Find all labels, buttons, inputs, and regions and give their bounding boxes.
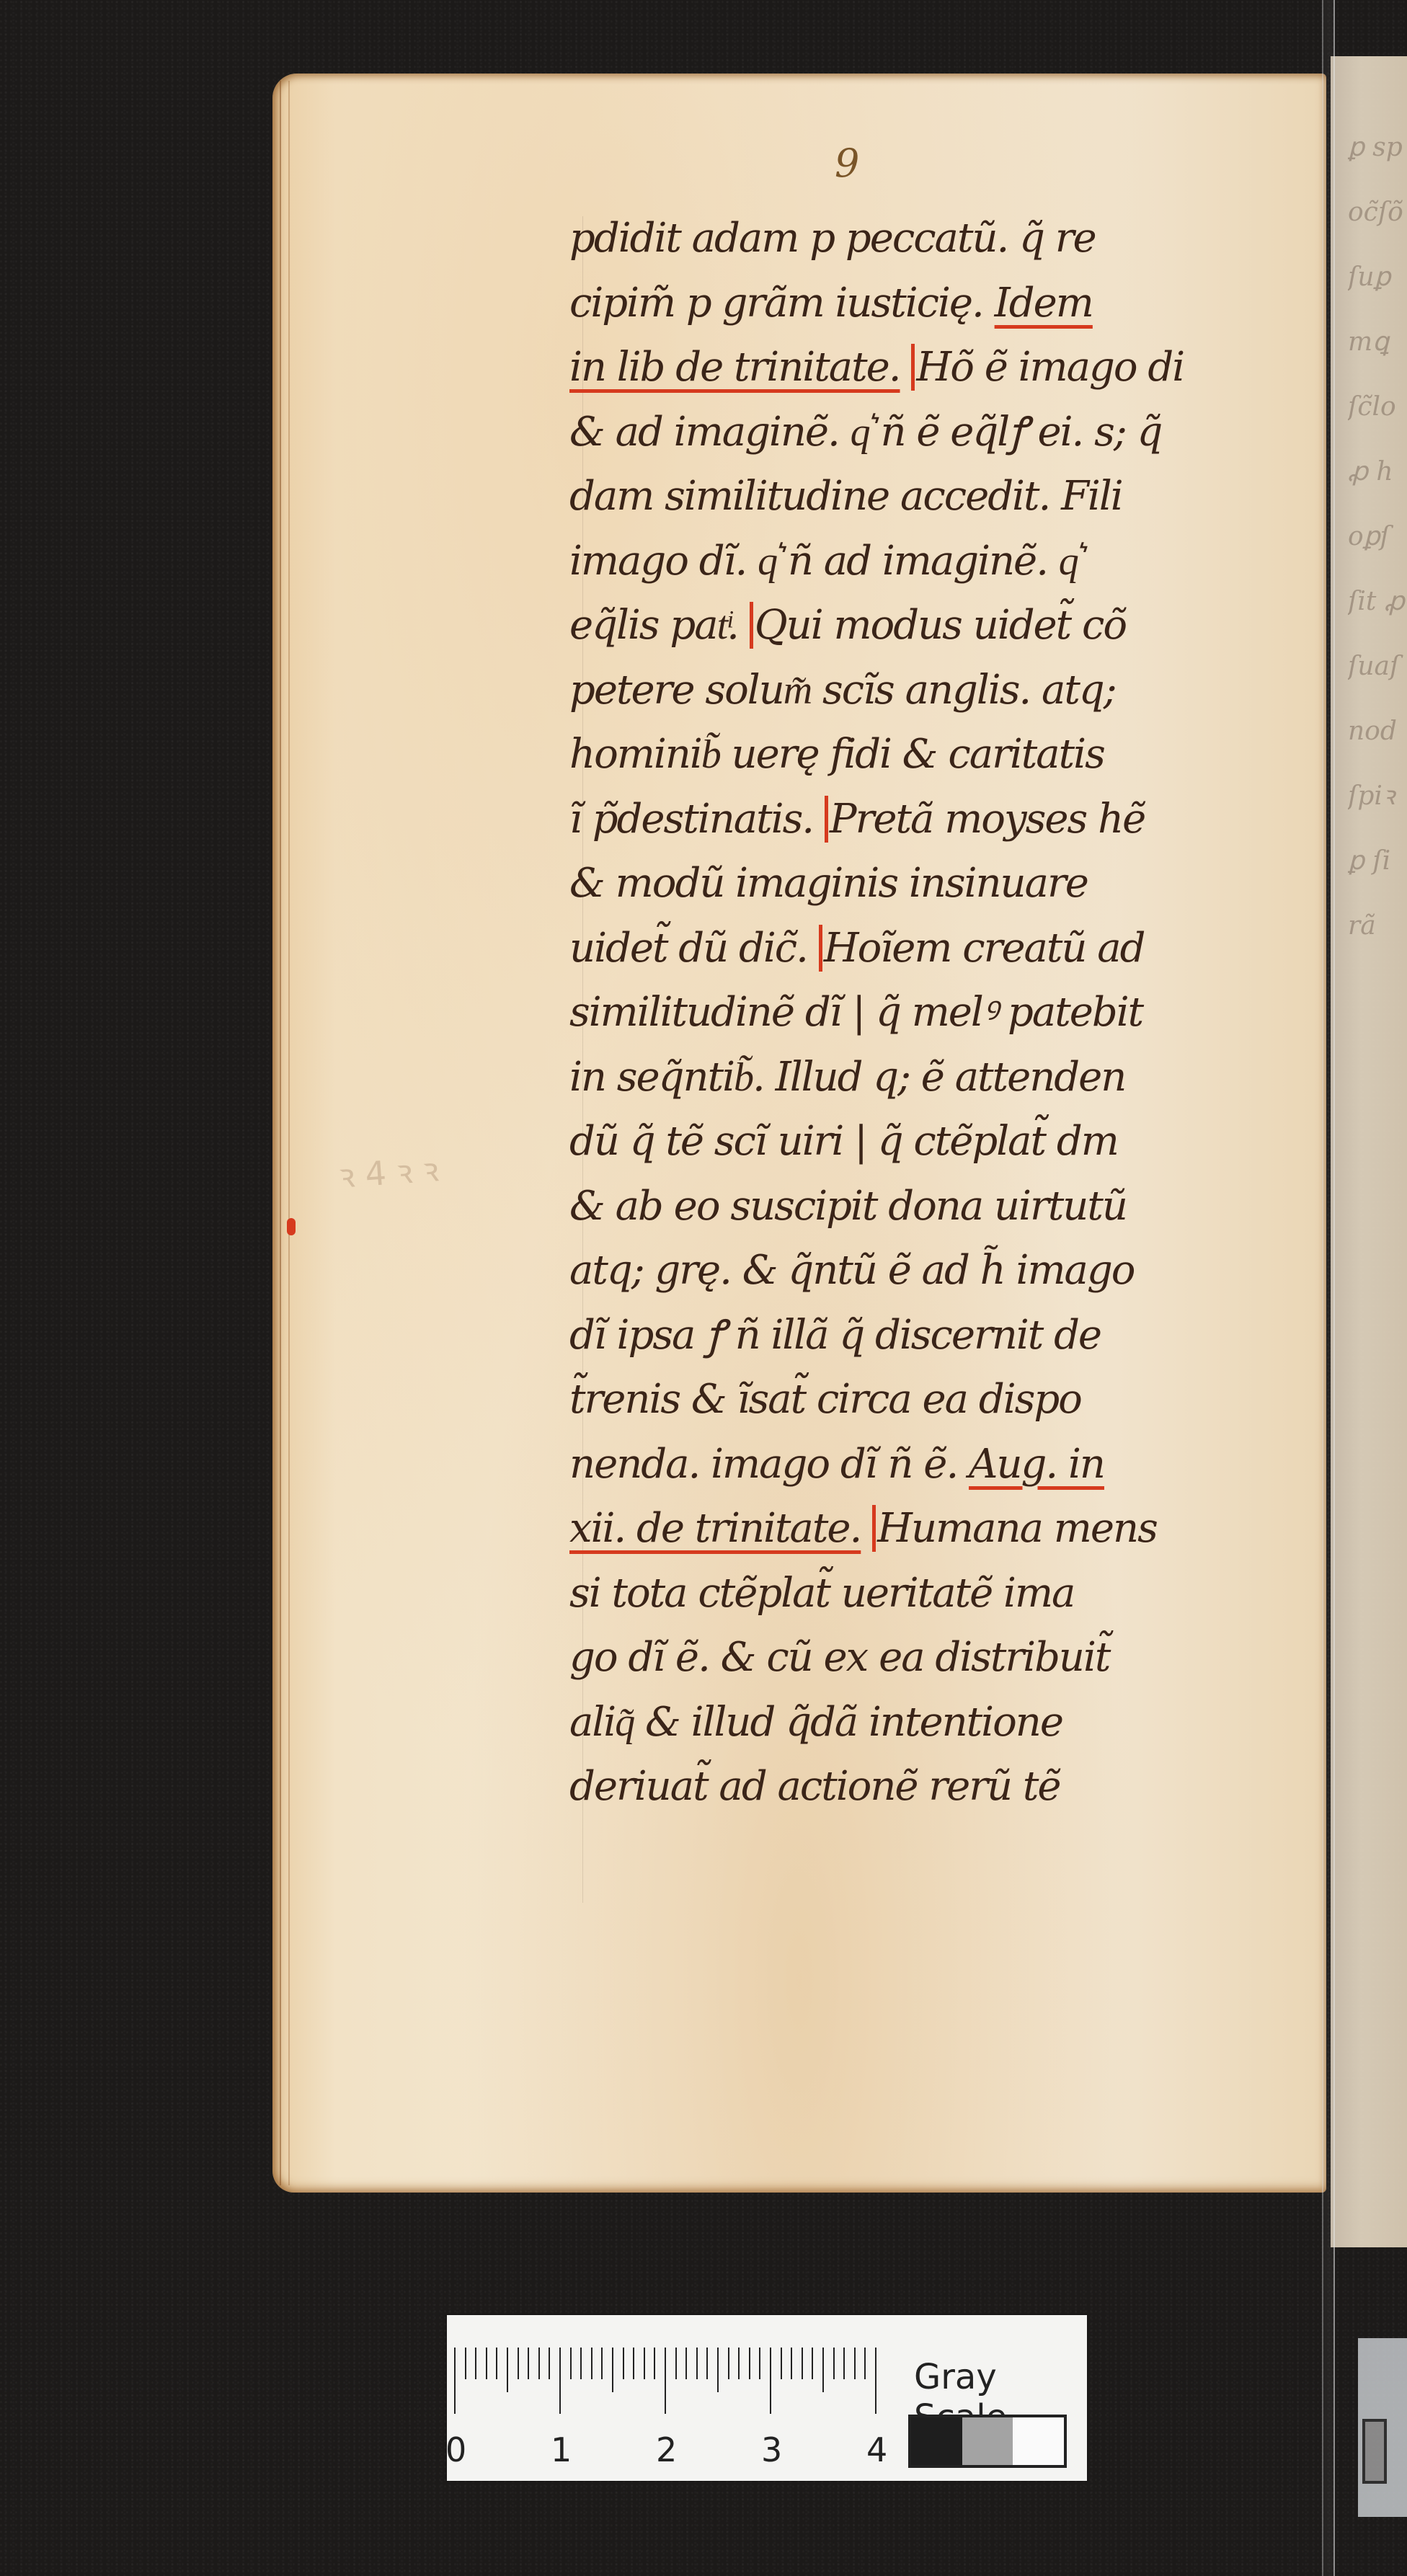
ruler-tick [654, 2348, 655, 2379]
ruler-tick [570, 2348, 572, 2379]
ruler-tick [802, 2348, 803, 2379]
ruler-tick [696, 2348, 698, 2379]
ruler-tick [507, 2348, 508, 2392]
ruler-tick [717, 2348, 719, 2392]
line-text: go dĩ ẽ. & cũ ex ea distribuit̃ [569, 1634, 1109, 1681]
line-text: aliq͂ & illud q̃dã intentione [569, 1699, 1062, 1746]
rubricated-initial: Q [750, 602, 786, 649]
ruler-ticks: 01234 [454, 2348, 894, 2427]
ruler-tick [749, 2348, 750, 2379]
text-block: pdidit adam p peccatũ. q̃ recipim̃ p grã… [569, 206, 1297, 1819]
line-text: similitudinẽ dĩ | q̃ melꝰ patebit [569, 989, 1142, 1036]
gray-scale-swatches [908, 2415, 1067, 2468]
manuscript-line: xii. de trinitate. Humana mens [569, 1496, 1297, 1561]
ruler-tick [486, 2348, 487, 2379]
manuscript-line: go dĩ ẽ. & cũ ex ea distribuit̃ [569, 1625, 1297, 1690]
line-text: nenda. imago dĩ ñ ẽ. [569, 1441, 969, 1488]
rubric-title: xii. de trinitate. [569, 1505, 861, 1552]
rubricated-initial: H [872, 1505, 911, 1552]
manuscript-line: eq̃lis patͥ. Qui modus uidet̃ cõ [569, 593, 1297, 658]
line-text: dũ q̃ tẽ scĩ uiri | q̃ ctẽplat̃ dm [569, 1118, 1118, 1165]
manuscript-line: & modũ imaginis insinuare [569, 851, 1297, 916]
rubric-mark [287, 1218, 296, 1235]
ruler-tick [475, 2348, 476, 2379]
line-text: hominib͂ uerę fidi & caritatis [569, 731, 1104, 778]
rubricated-initial: P [825, 796, 856, 843]
manuscript-line: dũ q̃ tẽ scĩ uiri | q̃ ctẽplat̃ dm [569, 1109, 1297, 1174]
ruler-tick [549, 2348, 550, 2379]
ruler-tick [528, 2348, 529, 2379]
line-text: dĩ ipsa ꝭ ñ illã q̃ discernit de [569, 1312, 1101, 1359]
manuscript-line: cipim̃ p grãm iusticię. Idem [569, 271, 1297, 336]
ruler-tick [875, 2348, 876, 2414]
ruler-tick [465, 2348, 466, 2379]
line-text: oĩem creatũ ad [858, 925, 1145, 972]
ruler-number: 0 [445, 2430, 466, 2469]
ruler-tick [591, 2348, 592, 2379]
ruler-tick [644, 2348, 645, 2379]
scale-bar: 01234 Gray Scale [447, 2315, 1087, 2481]
ruler-tick [623, 2348, 624, 2379]
manuscript-line: & ad imaginẽ. q͛ ñ ẽ eq̃lꝭ ei. s; q̃ [569, 400, 1297, 465]
line-text: ui modus uidet̃ cõ [786, 602, 1126, 649]
ruler-tick [864, 2348, 866, 2379]
manuscript-line: deriuat̃ ad actionẽ rerũ tẽ [569, 1754, 1297, 1819]
rubric-title: Idem [995, 280, 1093, 327]
manuscript-line: hominib͂ uerę fidi & caritatis [569, 722, 1297, 787]
pencil-margin-note: ꝛ 4 ꝛ ꝛ [337, 1146, 440, 1198]
ruler-number: 4 [866, 2430, 887, 2469]
ruler-tick [454, 2348, 456, 2414]
line-text: pdidit adam p peccatũ. q̃ re [569, 215, 1096, 262]
folio-number: 9 [835, 141, 859, 186]
manuscript-line: atq; grę. & q̃ntũ ẽ ad h̃ imago [569, 1238, 1297, 1303]
line-text: uidet̃ dũ dic̃. [569, 925, 819, 972]
line-text: si tota ctẽplat̃ ueritatẽ ima [569, 1570, 1074, 1617]
ruler-tick [601, 2348, 603, 2379]
ruler-tick [738, 2348, 740, 2379]
line-text: ĩ p̃destinatis. [569, 796, 825, 843]
ruler-tick [759, 2348, 760, 2379]
next-leaf-text: ꝑ spoc̃ſõ ſuꝑ mꝗ ſc̃lo ꝓ hoꝑſ ſit ꝓ ſuaſ… [1348, 115, 1406, 1845]
rubric-title: in lib de trinitate. [569, 344, 900, 391]
line-text: imago dĩ. q͛ ñ ad imaginẽ. q͛ [569, 538, 1078, 585]
ruler-tick [791, 2348, 792, 2379]
ruler-tick [822, 2348, 824, 2392]
rubric-title: Aug. in [969, 1441, 1104, 1488]
manuscript-line: dam similitudine accedit. Fili [569, 464, 1297, 529]
rubricated-initial: H [911, 344, 950, 391]
leaf-binding-edge [280, 81, 290, 2185]
line-text: eq̃lis patͥ. [569, 602, 750, 649]
ruler-tick [854, 2348, 856, 2379]
ruler-tick [612, 2348, 613, 2392]
line-text: cipim̃ p grãm iusticię. [569, 280, 995, 327]
line-text: & modũ imaginis insinuare [569, 860, 1088, 907]
manuscript-line: nenda. imago dĩ ñ ẽ. Aug. in [569, 1432, 1297, 1497]
ruler-number: 3 [761, 2430, 782, 2469]
ruler-tick [675, 2348, 677, 2379]
manuscript-line: aliq͂ & illud q̃dã intentione [569, 1690, 1297, 1755]
glass-plate-edge [1322, 0, 1335, 2576]
ruler-tick [496, 2348, 497, 2379]
line-text: umana mens [911, 1505, 1157, 1552]
manuscript-line: in lib de trinitate. Hõ ẽ imago di [569, 335, 1297, 400]
secondary-scale-card [1358, 2338, 1407, 2517]
line-text: & ab eo suscipit dona uirtutũ [569, 1183, 1127, 1230]
line-text: in seq̃ntib͂. Illud q; ẽ attenden [569, 1054, 1125, 1101]
ruler-tick [685, 2348, 687, 2379]
manuscript-line: pdidit adam p peccatũ. q̃ re [569, 206, 1297, 271]
manuscript-line: in seq̃ntib͂. Illud q; ẽ attenden [569, 1045, 1297, 1110]
ruler-tick [833, 2348, 835, 2379]
manuscript-line: ĩ p̃destinatis. Pretã moyses hẽ [569, 787, 1297, 852]
rubricated-initial: H [819, 925, 858, 972]
gray-swatch [911, 2417, 962, 2465]
line-text: deriuat̃ ad actionẽ rerũ tẽ [569, 1763, 1060, 1810]
manuscript-line: si tota ctẽplat̃ ueritatẽ ima [569, 1561, 1297, 1626]
ruler-tick [518, 2348, 519, 2379]
gray-swatch [962, 2417, 1013, 2465]
ruler-tick [665, 2348, 666, 2414]
ruler-number: 2 [656, 2430, 677, 2469]
manuscript-line: uidet̃ dũ dic̃. Hoĩem creatũ ad [569, 916, 1297, 981]
ruler-tick [812, 2348, 813, 2379]
manuscript-line: dĩ ipsa ꝭ ñ illã q̃ discernit de [569, 1303, 1297, 1368]
manuscript-line: petere solum͂ scĩs anglis. atq; [569, 658, 1297, 723]
ruler-tick [580, 2348, 582, 2379]
ruler-tick [559, 2348, 561, 2414]
ruler-tick [538, 2348, 540, 2379]
line-text: t̃renis & ĩsat̃ circa ea dispo [569, 1376, 1081, 1423]
ruler-tick [633, 2348, 634, 2379]
line-text: õ ẽ imago di [950, 344, 1184, 391]
manuscript-line: imago dĩ. q͛ ñ ad imaginẽ. q͛ [569, 529, 1297, 594]
manuscript-line: similitudinẽ dĩ | q̃ melꝰ patebit [569, 980, 1297, 1045]
line-text: petere solum͂ scĩs anglis. atq; [569, 667, 1116, 714]
ruler-number: 1 [551, 2430, 572, 2469]
line-text: retã moyses hẽ [856, 796, 1145, 843]
manuscript-line: & ab eo suscipit dona uirtutũ [569, 1174, 1297, 1239]
line-text: dam similitudine accedit. Fili [569, 473, 1122, 520]
manuscript-line: t̃renis & ĩsat̃ circa ea dispo [569, 1367, 1297, 1432]
ruler-tick [706, 2348, 708, 2379]
line-text: atq; grę. & q̃ntũ ẽ ad h̃ imago [569, 1247, 1135, 1294]
ruler-tick [728, 2348, 729, 2379]
ruler-tick [781, 2348, 782, 2379]
ruler-tick [770, 2348, 771, 2414]
ruler-tick [843, 2348, 845, 2379]
gray-swatch [1013, 2417, 1064, 2465]
line-text: & ad imaginẽ. q͛ ñ ẽ eq̃lꝭ ei. s; q̃ [569, 409, 1161, 456]
